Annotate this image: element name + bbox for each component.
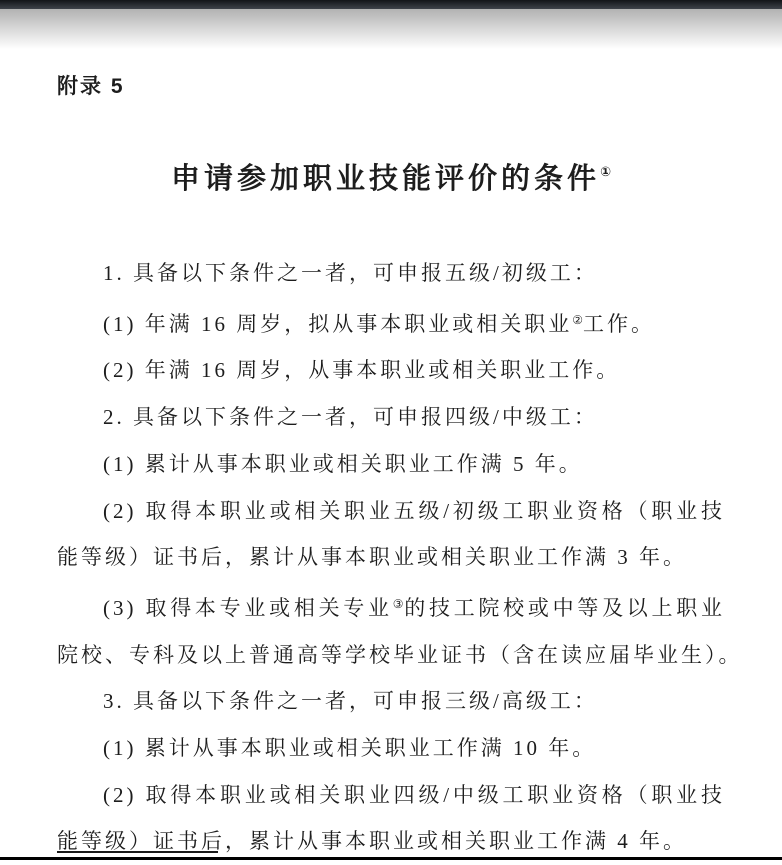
page-title-text: 申请参加职业技能评价的条件 [171, 163, 600, 195]
line-text: 的技工院校或中等及以上职业 [404, 596, 725, 620]
document-line: (2) 年满 16 周岁，从事本职业或相关职业工作。 [57, 347, 725, 394]
document-line: (1) 累计从事本职业或相关职业工作满 5 年。 [57, 441, 725, 488]
document-line: 1. 具备以下条件之一者，可申报五级/初级工： [57, 250, 725, 297]
scan-edge-fade [0, 9, 782, 49]
document-line: 2. 具备以下条件之一者，可申报四级/中级工： [57, 394, 725, 441]
document-body: 1. 具备以下条件之一者，可申报五级/初级工： (1) 年满 16 周岁，拟从事… [57, 250, 725, 865]
footnote-mark: ③ [393, 597, 405, 611]
document-line: (2) 取得本职业或相关职业五级/初级工职业资格（职业技 [57, 488, 725, 535]
appendix-label: 附录 5 [57, 70, 125, 100]
document-line: 能等级）证书后，累计从事本职业或相关职业工作满 3 年。 [57, 534, 725, 581]
footnote-separator [57, 851, 218, 853]
document-line: 院校、专科及以上普通高等学校毕业证书（含在读应届毕业生）。 [57, 632, 725, 679]
page-title: 申请参加职业技能评价的条件① [0, 156, 782, 197]
document-line: (1) 年满 16 周岁，拟从事本职业或相关职业②工作。 [57, 297, 725, 348]
document-line: 3. 具备以下条件之一者，可申报三级/高级工： [57, 678, 725, 725]
footnote-mark: ② [572, 313, 583, 327]
document-line: (2) 取得本职业或相关职业四级/中级工职业资格（职业技 [57, 772, 725, 819]
title-footnote-mark: ① [600, 164, 611, 179]
scan-edge-top [0, 0, 782, 9]
scan-edge-bottom [0, 857, 782, 860]
line-text: (3) 取得本专业或相关专业 [103, 596, 393, 620]
document-line: (3) 取得本专业或相关专业③的技工院校或中等及以上职业 [57, 581, 725, 632]
document-line: (1) 累计从事本职业或相关职业工作满 10 年。 [57, 725, 725, 772]
line-text: (1) 年满 16 周岁，拟从事本职业或相关职业 [103, 312, 572, 336]
line-text: 工作。 [583, 312, 655, 336]
